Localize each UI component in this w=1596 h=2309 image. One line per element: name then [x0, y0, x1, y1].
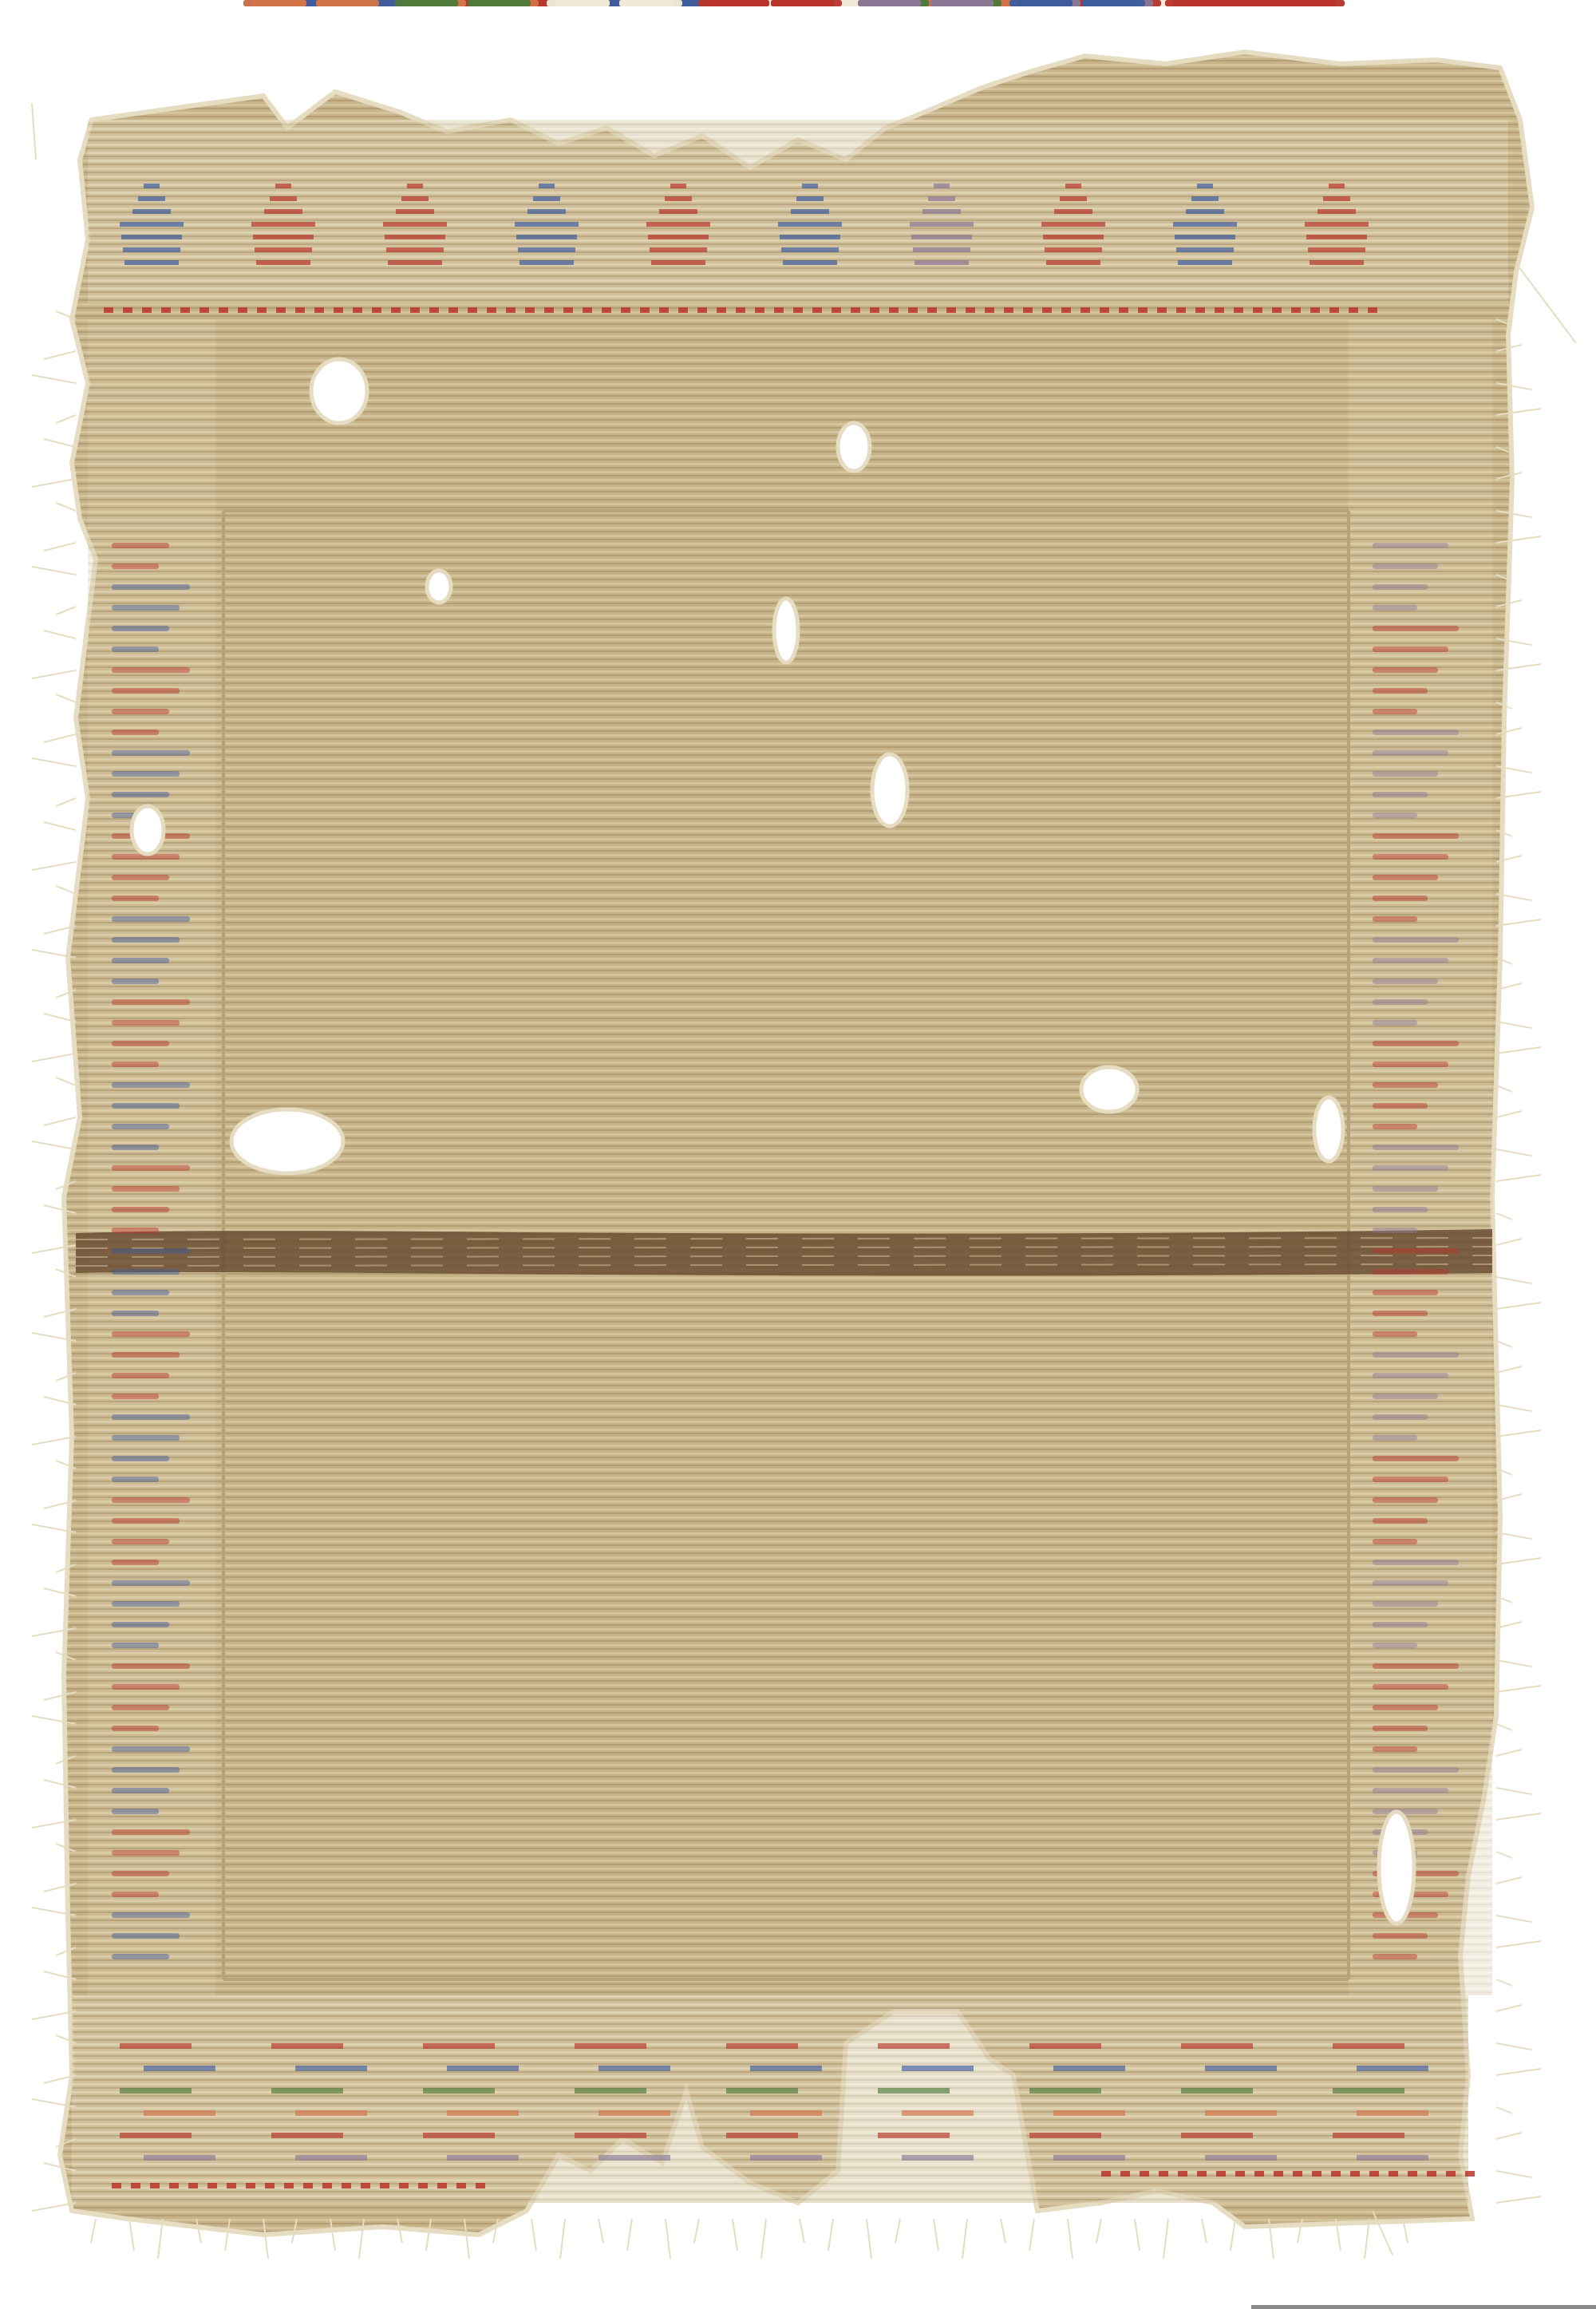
hole	[872, 754, 907, 826]
photo-stage	[0, 0, 1596, 2309]
hole	[132, 806, 164, 854]
hole	[838, 423, 870, 471]
hole	[311, 359, 367, 423]
hole	[1314, 1097, 1343, 1161]
hole	[1379, 1812, 1414, 1924]
hole	[231, 1109, 343, 1173]
hole	[427, 571, 451, 603]
brown-horizontal-band	[76, 1229, 1492, 1276]
textile-photograph	[0, 0, 1596, 2309]
bottom-gray-bar	[1251, 2305, 1596, 2309]
hole	[774, 599, 798, 662]
hole	[1081, 1067, 1137, 1112]
